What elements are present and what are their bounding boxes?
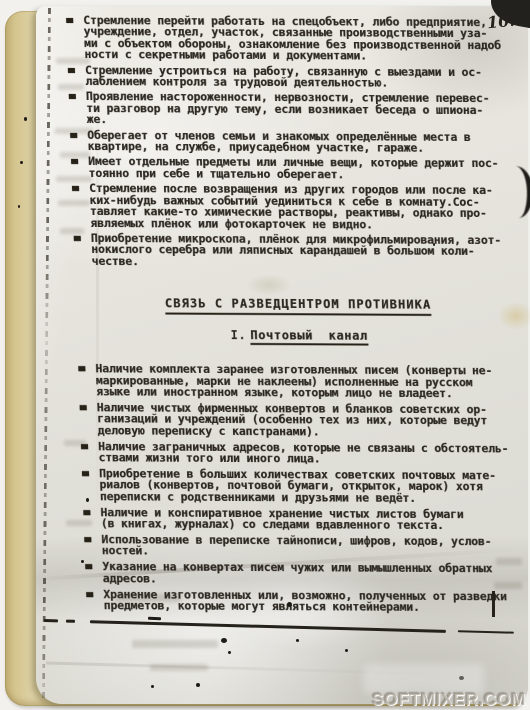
bullet-icon: [72, 186, 79, 191]
list-item: Наличие комплекта заранее изготовленных …: [78, 363, 523, 400]
bullet-text: Стремление перейти работать на спецобъек…: [83, 15, 512, 63]
list-item: Имеет отдельные предметы или личные вещи…: [71, 156, 516, 181]
list-item: Наличие заграничных адресов, которые не …: [81, 441, 526, 466]
subsection-heading: I.Почтовый канал: [77, 327, 522, 346]
list-item: Оберегает от членов семьи и знакомых опр…: [70, 130, 515, 155]
bullet-icon: [78, 366, 85, 371]
bullet-text: Оберегает от членов семьи и знакомых опр…: [87, 130, 515, 155]
list-item: Стремление устроиться на работу, связанн…: [68, 65, 513, 90]
bullet-text: Наличие комплекта заранее изготовленных …: [95, 363, 523, 399]
intro-bullet-list: Стремление перейти работать на спецобъек…: [66, 15, 519, 269]
bullet-text: Имеет отдельные предметы или личные вещи…: [88, 157, 516, 182]
bullet-icon: [82, 471, 89, 476]
list-item: Наличие и конспиративное хранение чистых…: [83, 507, 528, 532]
bullet-text: Приобретение в больших количествах совет…: [99, 468, 527, 504]
section-title: СВЯЗЬ С РАЗВЕДЦЕНТРОМ ПРОТИВНИКА: [165, 297, 432, 316]
bullet-text: Указание на конвертах писем чужих или вы…: [102, 561, 530, 586]
bullet-text: Наличие и конспиративное хранение чистых…: [100, 507, 528, 532]
bullet-icon: [66, 18, 73, 23]
bullet-icon: [68, 68, 75, 73]
list-item: Стремление перейти работать на спецобъек…: [66, 15, 512, 63]
list-item: Приобретение микроскопа, плёнок для микр…: [74, 233, 519, 270]
list-item: Приобретение в больших количествах совет…: [82, 468, 527, 505]
bullet-text: Использование в переписке тайнописи, шиф…: [101, 534, 529, 559]
list-item: Наличие чистых фирменных конвертов и бла…: [80, 402, 525, 439]
ink-stroke: [492, 591, 495, 617]
bullet-text: Приобретение микроскопа, плёнок для микр…: [91, 233, 519, 269]
bullet-icon: [83, 510, 90, 515]
bullet-icon: [74, 236, 81, 241]
bullet-icon: [80, 405, 87, 410]
list-item: Стремление после возвращения из других г…: [72, 183, 518, 231]
bullet-text: Стремление устроиться на работу, связанн…: [85, 65, 513, 90]
bullet-icon: [69, 94, 76, 99]
list-item: Проявление настороженности, нервозности,…: [69, 91, 514, 128]
scanned-booklet-page: 10. Стремление перейти работать на спецо…: [0, 0, 530, 710]
section-heading: СВЯЗЬ С РАЗВЕДЦЕНТРОМ ПРОТИВНИКА: [76, 292, 521, 316]
list-item: Использование в переписке тайнописи, шиф…: [84, 534, 529, 559]
bullet-icon: [85, 564, 92, 569]
subsection-title: Почтовый канал: [250, 328, 368, 346]
bullet-icon: [84, 537, 91, 542]
bullet-icon: [71, 159, 78, 164]
bullet-text: Проявление настороженности, нервозности,…: [86, 92, 514, 128]
page-curl-shadow: [504, 166, 530, 219]
bullet-text: Наличие чистых фирменных конвертов и бла…: [97, 402, 525, 438]
list-item: Хранение изготовленных или, возможно, по…: [86, 589, 530, 614]
bullet-icon: [81, 444, 88, 449]
postal-channel-bullet-list: Наличие комплекта заранее изготовленных …: [78, 363, 530, 614]
subsection-number: I.: [230, 328, 246, 342]
bullet-icon: [70, 133, 77, 138]
watermark: SOFTMIXER.COM: [372, 689, 526, 710]
page-content: Стремление перейти работать на спецобъек…: [66, 15, 530, 618]
bullet-icon: [86, 592, 93, 597]
list-item: Указание на конвертах писем чужих или вы…: [85, 561, 530, 586]
bullet-text: Стремление после возвращения из других г…: [89, 183, 518, 231]
bullet-text: Хранение изготовленных или, возможно, по…: [103, 589, 530, 614]
bullet-text: Наличие заграничных адресов, которые не …: [98, 441, 526, 466]
